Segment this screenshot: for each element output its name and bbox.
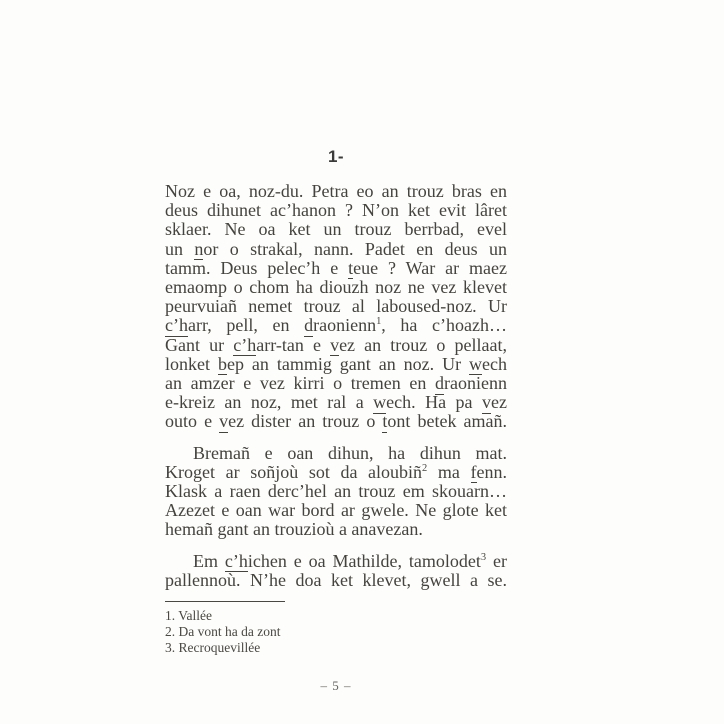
text-line: Kroget ar soñjoù sot da aloubiñ2 ma fenn… <box>165 463 507 482</box>
text-line: emaomp o chom ha diouzh noz ne vez kleve… <box>165 278 507 297</box>
text-line: outo e vez dister an trouz o tont betek … <box>165 412 507 431</box>
text-line: Gant ur c’harr-tan e vez an trouz o pell… <box>165 336 507 355</box>
footnote-list: 1. Vallée2. Da vont ha da zont3. Recroqu… <box>165 608 507 655</box>
paragraph: Bremañ e oan dihun, ha dihun mat.Kroget … <box>165 444 507 540</box>
paragraph: Em c’hichen e oa Mathilde, tamolodet3 er… <box>165 552 507 590</box>
text-line: Bremañ e oan dihun, ha dihun mat. <box>165 444 507 463</box>
footnote-item: 1. Vallée <box>165 608 507 624</box>
text-line: Em c’hichen e oa Mathilde, tamolodet3 er <box>165 552 507 571</box>
text-line: peurvuiañ nemet trouz al laboused-noz. U… <box>165 297 507 316</box>
book-page: 1- Noz e oa, noz-du. Petra eo an trouz b… <box>0 0 724 724</box>
footnote-section: 1. Vallée2. Da vont ha da zont3. Recroqu… <box>165 601 507 655</box>
footnote-rule <box>165 601 285 602</box>
text-line: un nor o strakal, nann. Padet en deus un <box>165 240 507 259</box>
text-line: hemañ gant an trouzioù a anavezan. <box>165 520 507 539</box>
text-line: c’harr, pell, en draonienn1, ha c’hoazh… <box>165 316 507 335</box>
paragraph: Noz e oa, noz-du. Petra eo an trouz bras… <box>165 182 507 432</box>
text-line: Azezet e oan war bord ar gwele. Ne glote… <box>165 501 507 520</box>
footnote-item: 2. Da vont ha da zont <box>165 624 507 640</box>
text-line: lonket bep an tammig gant an noz. Ur wec… <box>165 355 507 374</box>
footnote-item: 3. Recroquevillée <box>165 640 507 656</box>
text-line: an amzer e vez kirri o tremen en draonie… <box>165 374 507 393</box>
text-line: deus dihunet ac’hanon ? N’on ket evit lâ… <box>165 201 507 220</box>
page-number: – 5 – <box>165 678 507 694</box>
body-text: Noz e oa, noz-du. Petra eo an trouz bras… <box>165 182 507 590</box>
text-line: pallennoù. N’he doa ket klevet, gwell a … <box>165 571 507 590</box>
text-line: Klask a raen derc’hel an trouz em skouar… <box>165 482 507 501</box>
chapter-heading: 1- <box>165 148 507 166</box>
text-line: e-kreiz an noz, met ral a wech. Ha pa ve… <box>165 393 507 412</box>
text-line: tamm. Deus pelec’h e teue ? War ar maez <box>165 259 507 278</box>
text-line: Noz e oa, noz-du. Petra eo an trouz bras… <box>165 182 507 201</box>
text-line: sklaer. Ne oa ket un trouz berrbad, evel <box>165 220 507 239</box>
